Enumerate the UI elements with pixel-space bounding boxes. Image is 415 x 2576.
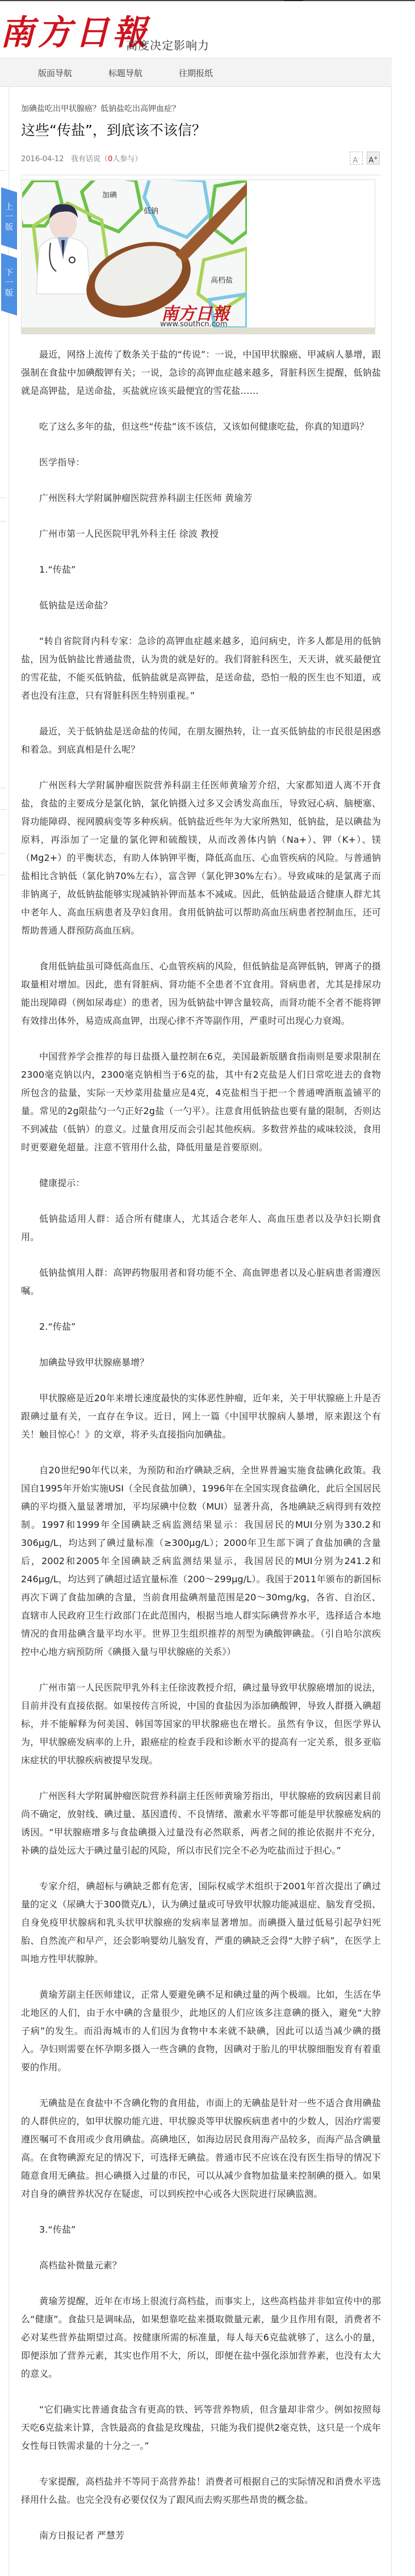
article-body: 最近，网络上流传了数条关于盐的“传说”：一说，中国甲状腺癌、甲减病人暴增，跟强制… bbox=[21, 346, 381, 2562]
article-title: 这些“传盐”，到底该不该信？ bbox=[21, 119, 206, 140]
article-paragraph: 医学指导： bbox=[21, 453, 381, 472]
left-sidebar-divider bbox=[0, 498, 6, 498]
article-paragraph: 甲状腺癌是近20年来增长速度最快的实体恶性肿瘤，近年来，关于甲状腺癌上升是否跟碘… bbox=[21, 1389, 381, 1444]
article-paragraph: 健康提示： bbox=[21, 1174, 381, 1192]
article-paragraph: 自20世纪90年代以来，为预防和治疗碘缺乏病，全世界普遍实施食盐碘化政策。我国自… bbox=[21, 1461, 381, 1661]
next-page-tab[interactable]: 下 一 版 bbox=[1, 253, 17, 316]
article-paragraph: 1.“传盐” bbox=[21, 561, 381, 579]
font-decrease-sup: - bbox=[358, 156, 359, 161]
salt-illustration-image[interactable]: 加碘 低钠 高档盐 南方日報 www.southcn.com bbox=[22, 180, 247, 328]
article-paragraph: 广州医科大学附属肿瘤医院营养科副主任医师黄瑜芳介绍，大家都知道人离不开食盐，食盐… bbox=[21, 776, 381, 940]
left-sidebar-divider bbox=[0, 788, 6, 788]
left-sidebar-divider bbox=[0, 875, 6, 875]
article-paragraph: 广州市第一人民医院甲乳外科主任 徐波 教授 bbox=[21, 525, 381, 543]
article-paragraph: 广州市第一人民医院甲乳外科主任徐波教授介绍，碘过量导致甲状腺癌增加的说法，目前并… bbox=[21, 1679, 381, 1770]
svg-text:www.southcn.com: www.southcn.com bbox=[160, 320, 227, 328]
left-sidebar-divider bbox=[0, 521, 6, 522]
article-paragraph: 3.“传盐” bbox=[21, 2221, 381, 2239]
article-paragraph: 低钠盐适用人群：适合所有健康人，尤其适合老年人、高血压患者以及孕妇长期食用。 bbox=[21, 1210, 381, 1246]
article-paragraph: 无碘盐是在食盐中不含碘化物的食用盐，市面上的无碘盐是针对一些不适合食用碘盐的人群… bbox=[21, 2094, 381, 2203]
left-sidebar-divider bbox=[0, 853, 6, 854]
svg-text:加碘: 加碘 bbox=[102, 191, 118, 200]
comment-link[interactable]: 我有话说（0人参与） bbox=[71, 155, 142, 163]
divider bbox=[21, 175, 380, 175]
article-meta: 2016-04-12 我有话说（0人参与） bbox=[21, 153, 142, 163]
top-bar-segment bbox=[284, 0, 303, 1]
article-figure: 加碘 低钠 高档盐 南方日報 www.southcn.com bbox=[21, 179, 375, 334]
article-paragraph: 最近，网络上流传了数条关于盐的“传说”：一说，中国甲状腺癌、甲减病人暴增，跟强制… bbox=[21, 346, 381, 400]
nav-item-past-issues[interactable]: 往期报纸 bbox=[179, 67, 213, 79]
article-paragraph: 广州医科大学附属肿瘤医院营养科副主任医师 黄瑜芳 bbox=[21, 489, 381, 507]
top-bar bbox=[0, 0, 415, 1]
font-decrease-label: A bbox=[353, 156, 358, 165]
prev-tab-char: 版 bbox=[1, 222, 17, 233]
svg-text:低钠: 低钠 bbox=[144, 207, 158, 216]
font-increase-sup: + bbox=[374, 156, 378, 161]
article-paragraph: 低钠盐是送命盐？ bbox=[21, 596, 381, 615]
article-container: 加碘盐吃出甲状腺癌？低钠盐吃出高钾血症？ 这些“传盐”，到底该不该信？ 2016… bbox=[9, 87, 392, 2576]
article-paragraph: 黄瑜芳提醒，近年在市场上很流行高档盐，而事实上，这些高档盐并非如宣传中的那么“健… bbox=[21, 2292, 381, 2383]
article-paragraph: 2.“传盐” bbox=[21, 1318, 381, 1336]
article-paragraph: “它们确实比普通食盐含有更高的铁、钙等营养物质，但含量却非常少。例如按照每天吃6… bbox=[21, 2401, 381, 2455]
article-paragraph: 低钠盐慎用人群：高钾药物服用者和肾功能不全、高血钾患者以及心脏病患者需遵医嘱。 bbox=[21, 1264, 381, 1300]
article-date: 2016-04-12 bbox=[21, 155, 64, 163]
article-paragraph: 加碘盐导致甲状腺癌暴增？ bbox=[21, 1354, 381, 1372]
article-paragraph: 高档盐补微量元素？ bbox=[21, 2256, 381, 2275]
article-paragraph: 专家介绍，碘超标与碘缺乏都有危害，国际权威学术组织于2001年首次提出了碘过量的… bbox=[21, 1877, 381, 1968]
article-paragraph: 中国营养学会推荐的每日盐摄入量控制在6克，美国最新版膳食指南则是要求限制在230… bbox=[21, 1048, 381, 1157]
article-paragraph: 食用低钠盐虽可降低高血压、心血管疾病的风险，但低钠盐是高钾低钠，钾离子的摄取量相… bbox=[21, 957, 381, 1030]
article-paragraph: 专家提醒，高档盐并不等同于高营养盐！消费者可根据自己的实际情况和消费水平选择用什… bbox=[21, 2473, 381, 2509]
font-decrease-button[interactable]: A- bbox=[350, 152, 363, 165]
article-paragraph: 最近，关于低钠盐是送命盐的传闻，在朋友圈热转，让一直买低钠盐的市民很是困惑和着急… bbox=[21, 722, 381, 759]
prev-tab-char: 一 bbox=[1, 212, 17, 222]
article-subtitle: 加碘盐吃出甲状腺癌？低钠盐吃出高钾血症？ bbox=[21, 103, 180, 114]
comment-prefix: 我有话说（ bbox=[71, 155, 108, 163]
article-paragraph: 吃了这么多年的盐，但这些“传盐”该不该信，又该如何健康吃盐，你真的知道吗？ bbox=[21, 418, 381, 436]
next-tab-char: 下 bbox=[1, 268, 17, 278]
next-tab-char: 版 bbox=[1, 288, 17, 299]
nav-bar: 版面导航 标题导航 往期报纸 bbox=[0, 58, 392, 87]
font-increase-label: A bbox=[368, 156, 374, 165]
comment-suffix: 人参与） bbox=[112, 155, 142, 163]
prev-tab-char: 上 bbox=[1, 202, 17, 212]
left-sidebar-divider bbox=[0, 809, 6, 810]
next-tab-char: 一 bbox=[1, 278, 17, 288]
font-increase-button[interactable]: A+ bbox=[367, 152, 380, 165]
tagline: 高度决定影响力 bbox=[126, 36, 209, 53]
svg-text:高档盐: 高档盐 bbox=[211, 276, 233, 285]
nav-item-title-navigation[interactable]: 标题导航 bbox=[108, 67, 142, 79]
left-sidebar-divider bbox=[0, 170, 6, 171]
article-paragraph: “转自省院肾内科专家：急诊的高钾血症越来越多，追问病史，许多人都是用的低钠盐，因… bbox=[21, 632, 381, 705]
nav-item-page-navigation[interactable]: 版面导航 bbox=[38, 67, 72, 79]
article-paragraph: 广州医科大学附属肿瘤医院营养科副主任医师黄瑜芳指出，甲状腺癌的致病因素目前尚不确… bbox=[21, 1787, 381, 1860]
image-caption-strip bbox=[22, 327, 375, 334]
illustration-svg: 加碘 低钠 高档盐 南方日報 www.southcn.com bbox=[22, 180, 247, 328]
article-paragraph: 黄瑜芳副主任医师建议，正常人要避免碘不足和碘过量的两个极端。比如，生活在华北地区… bbox=[21, 1986, 381, 2077]
article-paragraph: 南方日报记者 严慧芳 bbox=[21, 2527, 381, 2545]
prev-page-tab[interactable]: 上 一 版 bbox=[1, 187, 17, 250]
